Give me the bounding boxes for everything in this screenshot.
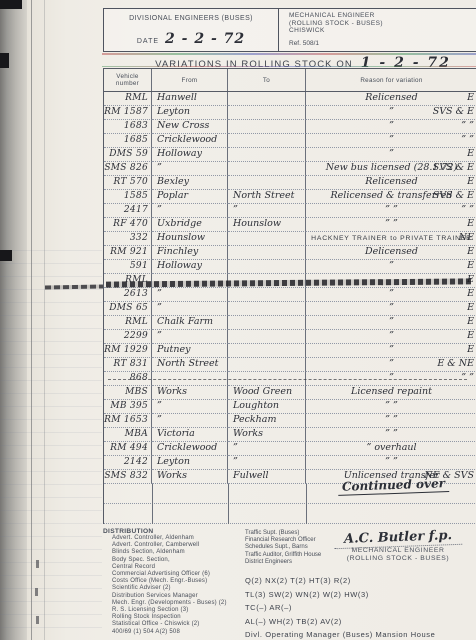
reason-text: ” — [389, 120, 394, 133]
to-garage — [228, 232, 306, 246]
from-garage: ” — [152, 330, 228, 344]
to-garage — [228, 316, 306, 330]
from-garage: Leyton — [152, 106, 228, 120]
from-garage: Works — [152, 386, 228, 400]
reason-text: Licensed repaint — [351, 386, 432, 399]
table-row: RM 1587Leyton”SVS & E — [104, 106, 476, 120]
garage-code-counts: Q(2) NX(2) T(2) HT(3) R(2)TL(3) SW(2) WN… — [245, 574, 415, 640]
from-garage: Uxbridge — [152, 218, 228, 232]
vehicle-number: MBA 530 — [104, 428, 152, 442]
reason-text: ” ” — [385, 456, 398, 469]
to-garage — [228, 246, 306, 260]
vehicle-number: 1685 — [104, 134, 152, 148]
table-row: 2142Leyton”” ” — [104, 456, 476, 470]
reason-cell: ”E — [306, 344, 476, 358]
vehicle-number: 332 — [104, 232, 152, 246]
reason-text: ” — [389, 260, 394, 273]
to-garage: Loughton — [228, 400, 306, 414]
column-header: From — [152, 69, 228, 91]
to-garage — [228, 274, 306, 288]
vehicle-number: RML 2288 — [104, 316, 152, 330]
to-garage: ” — [228, 442, 306, 456]
reason-cell: ” ” — [306, 456, 476, 470]
reason-text: ” — [389, 358, 394, 371]
to-garage: Wood Green — [228, 386, 306, 400]
vehicle-number: DMS 59 — [104, 148, 152, 162]
reason-text: ” — [389, 134, 394, 147]
vehicle-number: 868 — [104, 372, 152, 386]
to-garage — [228, 260, 306, 274]
from-garage: New Cross — [152, 120, 228, 134]
reason-cell: ”E — [306, 288, 476, 302]
signatory-title: MECHANICAL ENGINEER(ROLLING STOCK - BUSE… — [318, 547, 476, 563]
reason-cell: ”SVS & E — [306, 106, 476, 120]
vehicle-number: RM 1587 — [104, 106, 152, 120]
scan-smudge — [0, 250, 12, 261]
to-garage: Peckham — [228, 414, 306, 428]
reason-cell: ”E & NE — [306, 358, 476, 372]
annotation-code: NE — [459, 232, 474, 244]
from-garage: Victoria — [152, 428, 228, 442]
table-row: RM 1653”Peckham” ” — [104, 414, 476, 428]
annotation-code: E — [467, 288, 474, 300]
annotation-code: E — [467, 330, 474, 342]
code-line: TC(–) AR(–) — [245, 601, 415, 615]
table-row: 1685Cricklewood”” ” — [104, 134, 476, 148]
table-row: RML 2678HanwellRelicensedE — [104, 92, 476, 106]
table-row: RML 2359E — [104, 274, 476, 288]
reason-cell: New bus licensed (28.1.72)SVS & E — [306, 162, 476, 176]
annotation-code: SVS & E — [433, 190, 474, 202]
annotation-code: E — [467, 246, 474, 258]
vehicle-number: RM 1929 — [104, 344, 152, 358]
vehicle-number: SMS 832 — [104, 470, 152, 484]
to-garage — [228, 106, 306, 120]
annotation-code: E — [467, 260, 474, 272]
rolling-stock-table: Vehicle numberFromToReason for variation… — [103, 68, 476, 524]
from-garage: ” — [152, 288, 228, 302]
to-garage — [228, 134, 306, 148]
table-row: 2299””E — [104, 330, 476, 344]
reason-cell: ”E — [306, 302, 476, 316]
footer: DISTRIBUTION Advert. Controller, Aldenha… — [103, 528, 476, 640]
reason-text: Relicensed — [365, 92, 418, 105]
from-garage: Holloway — [152, 260, 228, 274]
signature-block: A.C. Butler f.p. MECHANICAL ENGINEER(ROL… — [318, 530, 476, 563]
reason-cell: Licensed repaint — [306, 386, 476, 400]
reason-cell: RelicensedE — [306, 92, 476, 106]
annotation-code: E — [467, 316, 474, 328]
table-row: RM 494Cricklewood”” overhaul — [104, 442, 476, 456]
reason-text: ” ” — [385, 428, 398, 441]
from-garage: Cricklewood — [152, 442, 228, 456]
scan-smudge — [0, 0, 22, 9]
table-row: MB 395”Loughton” ” — [104, 400, 476, 414]
scan-color-fringe — [102, 66, 476, 68]
from-garage: Leyton — [152, 456, 228, 470]
from-garage: ” — [152, 302, 228, 316]
annotation-code: E — [467, 302, 474, 314]
reason-text: Delicensed — [365, 246, 418, 259]
to-garage: Hounslow — [228, 218, 306, 232]
annotation-code: E — [467, 218, 474, 230]
from-garage: ” — [152, 162, 228, 176]
annotation-code: E — [467, 92, 474, 104]
annotation-code: SVS & E — [433, 162, 474, 174]
annotation-code: E — [467, 148, 474, 160]
reason-text: ” — [389, 344, 394, 357]
scan-smudge — [0, 53, 9, 68]
to-garage: North Street — [228, 190, 306, 204]
annotation-code: SVS & E — [433, 106, 474, 118]
from-office-title: DIVISIONAL ENGINEERS (BUSES) — [104, 15, 278, 22]
table-row: RT 570BexleyRelicensedE — [104, 176, 476, 190]
vehicle-number: MB 395 — [104, 400, 152, 414]
to-office-line: MECHANICAL ENGINEER — [289, 12, 476, 20]
pencil-tick — [36, 560, 39, 568]
reason-text: ” — [389, 302, 394, 315]
date-value-handwritten: 2 - 2 - 72 — [165, 31, 245, 47]
reason-cell: ” ”” ” — [306, 204, 476, 218]
table-row: DMS 65””E — [104, 302, 476, 316]
table-row: MBA 530VictoriaWorks” ” — [104, 428, 476, 442]
to-garage: ” — [228, 204, 306, 218]
from-garage: Poplar — [152, 190, 228, 204]
annotation-code: ” ” — [461, 120, 474, 132]
annotation-code: ” ” — [461, 372, 474, 384]
pencil-tick — [36, 616, 39, 624]
code-line: Divl. Operating Manager (Buses) Mansion … — [245, 628, 415, 640]
reason-cell: ”” ” — [306, 372, 476, 386]
column-header: Vehicle number — [104, 69, 152, 91]
reason-cell: ”” ” — [306, 134, 476, 148]
reason-text: ” ” — [385, 204, 398, 217]
annotation-code: E — [467, 344, 474, 356]
from-garage: Hounslow — [152, 232, 228, 246]
reason-cell: E — [306, 274, 476, 288]
vehicle-number: RF 470 — [104, 218, 152, 232]
reason-text: ” ” — [385, 400, 398, 413]
vehicle-number: RM 494 — [104, 442, 152, 456]
reason-text: ” — [389, 316, 394, 329]
table-body: RML 2678HanwellRelicensedERM 1587Leyton”… — [104, 92, 476, 484]
header-from-cell: DIVISIONAL ENGINEERS (BUSES) DATE2 - 2 -… — [104, 9, 279, 51]
vehicle-number: SMS 826 — [104, 162, 152, 176]
table-row: 1585PoplarNorth StreetRelicensed & trans… — [104, 190, 476, 204]
to-garage — [228, 372, 306, 386]
form-header-box: DIVISIONAL ENGINEERS (BUSES) DATE2 - 2 -… — [103, 8, 476, 52]
reason-cell: ” ” — [306, 428, 476, 442]
column-header: To — [228, 69, 306, 91]
from-garage: ” — [152, 400, 228, 414]
reason-cell: RelicensedE — [306, 176, 476, 190]
annotation-code: E — [467, 176, 474, 188]
annotation-code: ” ” — [461, 134, 474, 146]
annotation-code: E — [467, 274, 474, 286]
vehicle-number: 591 — [104, 260, 152, 274]
from-garage — [152, 372, 228, 386]
from-garage: Holloway — [152, 148, 228, 162]
table-row: RML 2288Chalk Farm”E — [104, 316, 476, 330]
table-row: SMS 826”New bus licensed (28.1.72)SVS & … — [104, 162, 476, 176]
table-row: 591Holloway”E — [104, 260, 476, 274]
reason-cell: ”E — [306, 330, 476, 344]
table-row: 2417””” ”” ” — [104, 204, 476, 218]
reference-number: Ref. 508/1 — [289, 40, 476, 47]
to-garage — [228, 120, 306, 134]
table-row: RT 831North Street”E & NE — [104, 358, 476, 372]
to-garage — [228, 302, 306, 316]
vehicle-number: 1683 — [104, 120, 152, 134]
table-row: 2613””E — [104, 288, 476, 302]
from-garage — [152, 274, 228, 288]
vehicle-number: 1585 — [104, 190, 152, 204]
reason-text: ” ” — [385, 414, 398, 427]
to-garage: Works — [228, 428, 306, 442]
from-garage: Putney — [152, 344, 228, 358]
vehicle-number: 2613 — [104, 288, 152, 302]
reason-cell: DelicensedE — [306, 246, 476, 260]
vehicle-number: RT 831 — [104, 358, 152, 372]
to-garage — [228, 176, 306, 190]
reason-text: ” — [389, 288, 394, 301]
from-garage: Works — [152, 470, 228, 484]
reason-text: ” ” — [385, 218, 398, 231]
table-row: 332HounslowHACKNEY TRAINER to PRIVATE TR… — [104, 232, 476, 246]
table-header-row: Vehicle numberFromToReason for variation — [104, 69, 476, 92]
vehicle-number: RM 921 — [104, 246, 152, 260]
vehicle-number: RM 1653 — [104, 414, 152, 428]
to-garage — [228, 344, 306, 358]
pencil-tick — [35, 588, 38, 596]
vehicle-number: 2142 — [104, 456, 152, 470]
from-garage: North Street — [152, 358, 228, 372]
code-line: TL(3) SW(2) WN(2) W(2) HW(3) — [245, 588, 415, 602]
from-garage: Finchley — [152, 246, 228, 260]
table-row: RM 921FinchleyDelicensedE — [104, 246, 476, 260]
reason-cell: ” ” — [306, 400, 476, 414]
vehicle-number: 2299 — [104, 330, 152, 344]
from-garage: Hanwell — [152, 92, 228, 106]
to-garage — [228, 288, 306, 302]
table-blank-rows: Continued over — [104, 484, 476, 524]
from-garage: Cricklewood — [152, 134, 228, 148]
vehicle-number: MBS 259 — [104, 386, 152, 400]
to-garage — [228, 358, 306, 372]
from-garage: ” — [152, 414, 228, 428]
vehicle-number: RML 2678 — [104, 92, 152, 106]
to-garage — [228, 162, 306, 176]
reason-text: Relicensed — [365, 176, 418, 189]
vehicle-number: RT 570 — [104, 176, 152, 190]
annotation-code: E & NE — [437, 358, 474, 370]
reason-cell: ”E — [306, 260, 476, 274]
table-row: 868”” ” — [104, 372, 476, 386]
vehicle-number: DMS 65 — [104, 302, 152, 316]
from-garage: Chalk Farm — [152, 316, 228, 330]
reason-cell: ” ”E — [306, 218, 476, 232]
reason-cell: ”E — [306, 316, 476, 330]
vehicle-number: RML 2359 — [104, 274, 152, 288]
table-row: MBS 259WorksWood GreenLicensed repaint — [104, 386, 476, 400]
to-garage — [228, 330, 306, 344]
signature-handwritten: A.C. Butler f.p. — [334, 528, 463, 549]
to-garage — [228, 148, 306, 162]
date-label: DATE — [137, 38, 159, 45]
table-row: 1683New Cross”” ” — [104, 120, 476, 134]
reason-text: ” — [389, 148, 394, 161]
code-line: AL(–) WH(2) TB(2) AV(2) — [245, 615, 415, 629]
vehicle-number: 2417 — [104, 204, 152, 218]
reason-cell: ”E — [306, 148, 476, 162]
reason-cell: ” ” — [306, 414, 476, 428]
header-to-cell: MECHANICAL ENGINEER(ROLLING STOCK - BUSE… — [279, 9, 476, 51]
annotation-code: ” ” — [461, 204, 474, 216]
table-row: RF 470UxbridgeHounslow” ”E — [104, 218, 476, 232]
signatory-line: (ROLLING STOCK - BUSES) — [318, 555, 476, 563]
to-garage: ” — [228, 456, 306, 470]
reason-text: ” — [389, 330, 394, 343]
from-garage: Bexley — [152, 176, 228, 190]
reason-text: HACKNEY TRAINER to PRIVATE TRAINER — [311, 232, 472, 245]
code-line: Q(2) NX(2) T(2) HT(3) R(2) — [245, 574, 415, 588]
table-row: DMS 59Holloway”E — [104, 148, 476, 162]
reason-text: ” overhaul — [366, 442, 416, 455]
margin-ruled-lines — [0, 238, 102, 640]
reason-text: ” — [389, 106, 394, 119]
reason-cell: HACKNEY TRAINER to PRIVATE TRAINERNE — [306, 232, 476, 246]
to-garage: Fulwell — [228, 470, 306, 484]
to-office-line: CHISWICK — [289, 27, 476, 35]
table-row: RM 1929Putney”E — [104, 344, 476, 358]
reason-text: ” — [389, 372, 394, 385]
to-office-title: MECHANICAL ENGINEER(ROLLING STOCK - BUSE… — [289, 12, 476, 35]
to-garage — [228, 92, 306, 106]
column-header: Reason for variation — [306, 69, 476, 91]
reason-cell: Relicensed & transferredSVS & E — [306, 190, 476, 204]
reason-cell: ” overhaul — [306, 442, 476, 456]
from-garage: ” — [152, 204, 228, 218]
to-office-line: (ROLLING STOCK - BUSES) — [289, 20, 476, 28]
reason-cell: ”” ” — [306, 120, 476, 134]
